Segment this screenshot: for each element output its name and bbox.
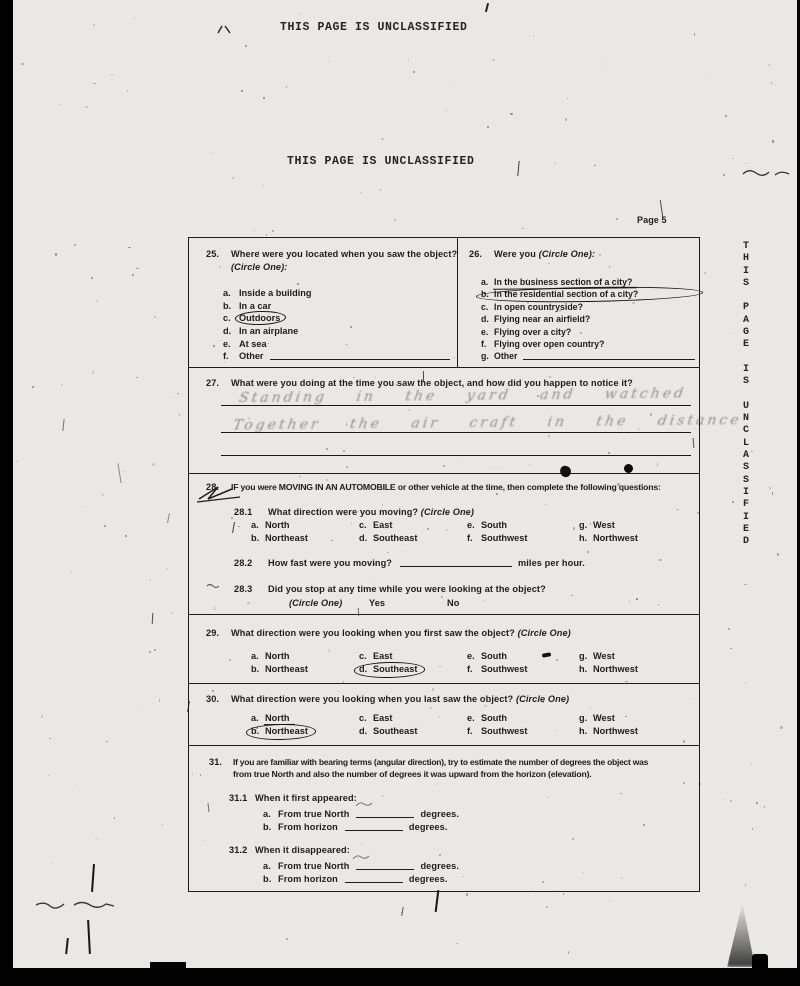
option-label: South — [481, 713, 507, 723]
q26-text-label: Were you — [494, 249, 536, 259]
q26-options: a.In the business section of a city?b.In… — [481, 277, 695, 364]
option-label: Other — [239, 351, 264, 361]
direction-column: c.Eastd.Southeast — [359, 713, 417, 739]
direction-option: a.North — [251, 713, 308, 726]
option-label: Southeast — [373, 533, 417, 543]
scan-border-right — [797, 0, 800, 986]
option-letter: c. — [223, 313, 239, 323]
section-q28: 28. IF you were MOVING IN AN AUTOMOBILE … — [189, 473, 699, 615]
q28-2-row: How fast were you moving?miles per hour. — [268, 558, 585, 568]
option-letter: e. — [467, 651, 481, 661]
direction-column: e.Southf.Southwest — [467, 713, 527, 739]
option-label: In the business section of a city? — [494, 277, 632, 287]
direction-option: e.South — [467, 520, 527, 533]
option-letter: f. — [223, 351, 239, 361]
option-letter: h. — [579, 533, 593, 543]
option-letter: b. — [223, 301, 239, 311]
q31-text-line1: If you are familiar with bearing terms (… — [233, 757, 648, 767]
degrees-label: degrees. — [420, 861, 459, 871]
section-q25-q26: 25. Where were you located when you saw … — [189, 238, 699, 367]
q28-1-circle-one: (Circle One) — [421, 507, 474, 517]
form-option: d.Flying near an airfield? — [481, 314, 695, 326]
direction-option: c.East — [359, 651, 417, 664]
direction-option: a.North — [251, 520, 308, 533]
option-label: Northeast — [265, 533, 308, 543]
scratch-mark — [87, 920, 91, 954]
option-label: Flying over a city? — [494, 327, 571, 337]
option-letter: e. — [467, 520, 481, 530]
scan-border-bottom — [0, 968, 800, 986]
option-letter: d. — [223, 326, 239, 336]
pencil-mark — [215, 22, 233, 36]
option-label: East — [373, 713, 392, 723]
option-label: At sea — [239, 339, 267, 349]
row-label: From horizon — [278, 822, 338, 832]
section-q30: 30. What direction were you looking when… — [189, 683, 699, 746]
q30-text: What direction were you looking when you… — [231, 694, 569, 704]
answer-line — [221, 455, 691, 456]
q26-number: 26. — [469, 249, 482, 259]
option-label: Northwest — [593, 726, 638, 736]
section-q29: 29. What direction were you looking when… — [189, 614, 699, 684]
row-label: From true North — [278, 809, 349, 819]
direction-option: d.Southeast — [359, 726, 417, 739]
q31-2-row-b: b.From horizondegrees. — [263, 874, 448, 884]
option-label: Southeast — [373, 726, 417, 736]
option-letter: g. — [481, 351, 494, 361]
direction-column: a.Northb.Northeast — [251, 713, 308, 739]
option-letter: f. — [467, 726, 481, 736]
option-letter: d. — [359, 533, 373, 543]
q28-1-number: 28.1 — [234, 507, 252, 517]
blank-line — [345, 874, 403, 883]
option-label: Flying near an airfield? — [494, 314, 590, 324]
option-letter: f. — [467, 533, 481, 543]
option-letter: b. — [251, 533, 265, 543]
direction-option: e.South — [467, 713, 527, 726]
option-letter: h. — [579, 664, 593, 674]
direction-column: a.Northb.Northeast — [251, 520, 308, 546]
q25-options: a.Inside a buildingb.In a carc.Outdoorsd… — [223, 288, 450, 364]
direction-column: c.Eastd.Southeast — [359, 520, 417, 546]
option-letter: e. — [481, 327, 494, 337]
q28-2-suffix: miles per hour. — [518, 558, 585, 568]
q28-text: IF you were MOVING IN AN AUTOMOBILE or o… — [231, 482, 661, 492]
q31-1-row-a: a.From true Northdegrees. — [263, 809, 459, 819]
option-label: Other — [494, 351, 517, 361]
q27-number: 27. — [206, 378, 219, 388]
row-label: From horizon — [278, 874, 338, 884]
option-letter: d. — [359, 664, 373, 674]
option-label: East — [373, 651, 392, 661]
direction-option: a.North — [251, 651, 308, 664]
q26-circle-one: (Circle One): — [539, 249, 595, 259]
q25-text: Where were you located when you saw the … — [231, 249, 457, 259]
smudge — [727, 903, 755, 967]
option-label: South — [481, 520, 507, 530]
option-label: East — [373, 520, 392, 530]
option-letter: g. — [579, 651, 593, 661]
option-letter: d. — [481, 314, 494, 324]
form-option: e.At sea — [223, 339, 450, 352]
option-label: Southwest — [481, 664, 527, 674]
option-label: Flying over open country? — [494, 339, 604, 349]
page-number: Page 5 — [637, 215, 667, 225]
q28-3-yes: Yes — [369, 598, 385, 608]
classification-header-top: THIS PAGE IS UNCLASSIFIED — [280, 21, 468, 34]
classification-sidebar: T H I S P A G E I S U N C L A S S I F I … — [743, 241, 749, 548]
q28-1-text: What direction were you moving? (Circle … — [268, 507, 474, 517]
direction-column: e.Southf.Southwest — [467, 651, 527, 677]
option-label: Northeast — [265, 726, 308, 736]
scratch-mark — [435, 890, 440, 912]
q31-2-text: When it disappeared: — [255, 845, 350, 855]
option-label: Southeast — [373, 664, 417, 674]
degrees-label: degrees. — [420, 809, 459, 819]
option-letter: b. — [481, 289, 494, 299]
form-option: a.In the business section of a city? — [481, 277, 695, 289]
option-letter: a. — [263, 809, 278, 819]
option-letter: c. — [359, 651, 373, 661]
direction-option: g.West — [579, 651, 638, 664]
form-option: e.Flying over a city? — [481, 327, 695, 339]
direction-column: e.Southf.Southwest — [467, 520, 527, 546]
direction-option: h.Northwest — [579, 664, 638, 677]
option-letter: a. — [263, 861, 278, 871]
q31-1-number: 31.1 — [229, 793, 247, 803]
option-label: Southwest — [481, 533, 527, 543]
blank-line — [523, 351, 695, 360]
row-label: From true North — [278, 861, 349, 871]
q31-text-line2: from true North and also the number of d… — [233, 769, 592, 779]
direction-column: g.Westh.Northwest — [579, 651, 638, 677]
section-q31: 31. If you are familiar with bearing ter… — [189, 745, 699, 892]
scratch-mark — [65, 938, 68, 954]
direction-option: c.East — [359, 520, 417, 533]
form-option: f.Flying over open country? — [481, 339, 695, 351]
option-label: North — [265, 713, 290, 723]
direction-option: h.Northwest — [579, 533, 638, 546]
option-label: West — [593, 713, 615, 723]
option-letter: a. — [481, 277, 494, 287]
q25-number: 25. — [206, 249, 219, 259]
option-letter: b. — [251, 664, 265, 674]
direction-column: c.Eastd.Southeast — [359, 651, 417, 677]
degrees-label: degrees. — [409, 822, 448, 832]
q28-2-text: How fast were you moving? — [268, 558, 392, 568]
option-label: North — [265, 520, 290, 530]
q31-2-number: 31.2 — [229, 845, 247, 855]
form-option: b.In a car — [223, 301, 450, 314]
q28-3-no: No — [447, 598, 459, 608]
q29-text: What direction were you looking when you… — [231, 628, 571, 638]
q28-3-circle-one: (Circle One) — [289, 598, 342, 608]
option-letter: e. — [223, 339, 239, 349]
direction-column: g.Westh.Northwest — [579, 713, 638, 739]
form-option: g.Other — [481, 351, 695, 363]
section-q27: 27. What were you doing at the time you … — [189, 367, 699, 474]
blank-line — [400, 558, 512, 567]
handwritten-answer-line2: Together the air craft in the distance — [232, 412, 743, 433]
direction-option: b.Northeast — [251, 533, 308, 546]
option-letter: e. — [467, 713, 481, 723]
direction-option: c.East — [359, 713, 417, 726]
option-letter: b. — [263, 874, 278, 884]
option-letter: c. — [481, 302, 494, 312]
option-label: Northeast — [265, 664, 308, 674]
direction-option: d.Southeast — [359, 533, 417, 546]
pencil-mark — [355, 800, 373, 808]
option-label: In open countryside? — [494, 302, 583, 312]
direction-column: g.Westh.Northwest — [579, 520, 638, 546]
pencil-squiggle — [741, 165, 797, 179]
option-letter: a. — [251, 651, 265, 661]
q31-number: 31. — [209, 757, 222, 767]
option-letter: g. — [579, 713, 593, 723]
form-option: c.Outdoors — [223, 313, 450, 326]
direction-option: f.Southwest — [467, 533, 527, 546]
option-label: In a car — [239, 301, 271, 311]
form-option: b.In the residential section of a city? — [481, 289, 695, 301]
q26-text: Were you (Circle One): — [494, 249, 595, 259]
option-label: In an airplane — [239, 326, 298, 336]
option-label: Northwest — [593, 664, 638, 674]
direction-option: e.South — [467, 651, 527, 664]
option-label: West — [593, 651, 615, 661]
underline-annotation — [264, 723, 295, 724]
scan-border-left — [0, 0, 13, 986]
form-option: c.In open countryside? — [481, 302, 695, 314]
option-label: Southwest — [481, 726, 527, 736]
pencil-scribble — [196, 484, 258, 504]
option-letter: f. — [481, 339, 494, 349]
option-letter: g. — [579, 520, 593, 530]
option-label: West — [593, 520, 615, 530]
blank-line — [356, 809, 414, 818]
direction-column: a.Northb.Northeast — [251, 651, 308, 677]
q31-1-text: When it first appeared: — [255, 793, 357, 803]
option-label: In the residential section of a city? — [494, 289, 638, 299]
scratch-mark — [91, 864, 95, 892]
ink-blot — [624, 464, 633, 473]
option-label: Inside a building — [239, 288, 311, 298]
q25-circle-one: (Circle One): — [231, 262, 287, 272]
q30-number: 30. — [206, 694, 219, 704]
questionnaire-form: 25. Where were you located when you saw … — [188, 237, 700, 892]
option-label: South — [481, 651, 507, 661]
option-letter: h. — [579, 726, 593, 736]
scanned-document-page: THIS PAGE IS UNCLASSIFIED THIS PAGE IS U… — [0, 0, 800, 986]
option-letter: a. — [251, 520, 265, 530]
handwritten-answer-line1: Standing in the yard and watched — [238, 386, 688, 407]
pencil-mark — [352, 853, 370, 861]
option-letter: f. — [467, 664, 481, 674]
option-label: North — [265, 651, 290, 661]
option-label: Outdoors — [239, 313, 280, 323]
direction-option: f.Southwest — [467, 726, 527, 739]
option-letter: a. — [223, 288, 239, 298]
pencil-mark — [206, 581, 220, 589]
blank-line — [270, 351, 450, 360]
q29-circle-one: (Circle One) — [518, 628, 571, 638]
degrees-label: degrees. — [409, 874, 448, 884]
direction-option: g.West — [579, 713, 638, 726]
scratch-mark — [34, 898, 164, 910]
form-option: a.Inside a building — [223, 288, 450, 301]
direction-option: b.Northeast — [251, 726, 308, 739]
q28-3-text: Did you stop at any time while you were … — [268, 584, 546, 594]
q29-number: 29. — [206, 628, 219, 638]
option-label: Northwest — [593, 533, 638, 543]
option-letter: b. — [263, 822, 278, 832]
direction-option: h.Northwest — [579, 726, 638, 739]
option-letter: b. — [251, 726, 265, 736]
q30-circle-one: (Circle One) — [516, 694, 569, 704]
q30-text-label: What direction were you looking when you… — [231, 694, 513, 704]
option-letter: c. — [359, 520, 373, 530]
blank-line — [356, 861, 414, 870]
circle-annotation — [235, 310, 287, 325]
form-option: d.In an airplane — [223, 326, 450, 339]
q28-2-number: 28.2 — [234, 558, 252, 568]
direction-option: f.Southwest — [467, 664, 527, 677]
form-option: f.Other — [223, 351, 450, 364]
q31-2-row-a: a.From true Northdegrees. — [263, 861, 459, 871]
option-letter: d. — [359, 726, 373, 736]
direction-option: b.Northeast — [251, 664, 308, 677]
option-letter: c. — [359, 713, 373, 723]
blank-line — [345, 822, 403, 831]
scratch-mark — [485, 3, 489, 12]
classification-header-mid: THIS PAGE IS UNCLASSIFIED — [287, 155, 475, 168]
q29-text-label: What direction were you looking when you… — [231, 628, 515, 638]
q28-3-number: 28.3 — [234, 584, 252, 594]
direction-option: d.Southeast — [359, 664, 417, 677]
option-letter: a. — [251, 713, 265, 723]
direction-option: g.West — [579, 520, 638, 533]
q31-1-row-b: b.From horizondegrees. — [263, 822, 448, 832]
q28-1-text-label: What direction were you moving? — [268, 507, 418, 517]
